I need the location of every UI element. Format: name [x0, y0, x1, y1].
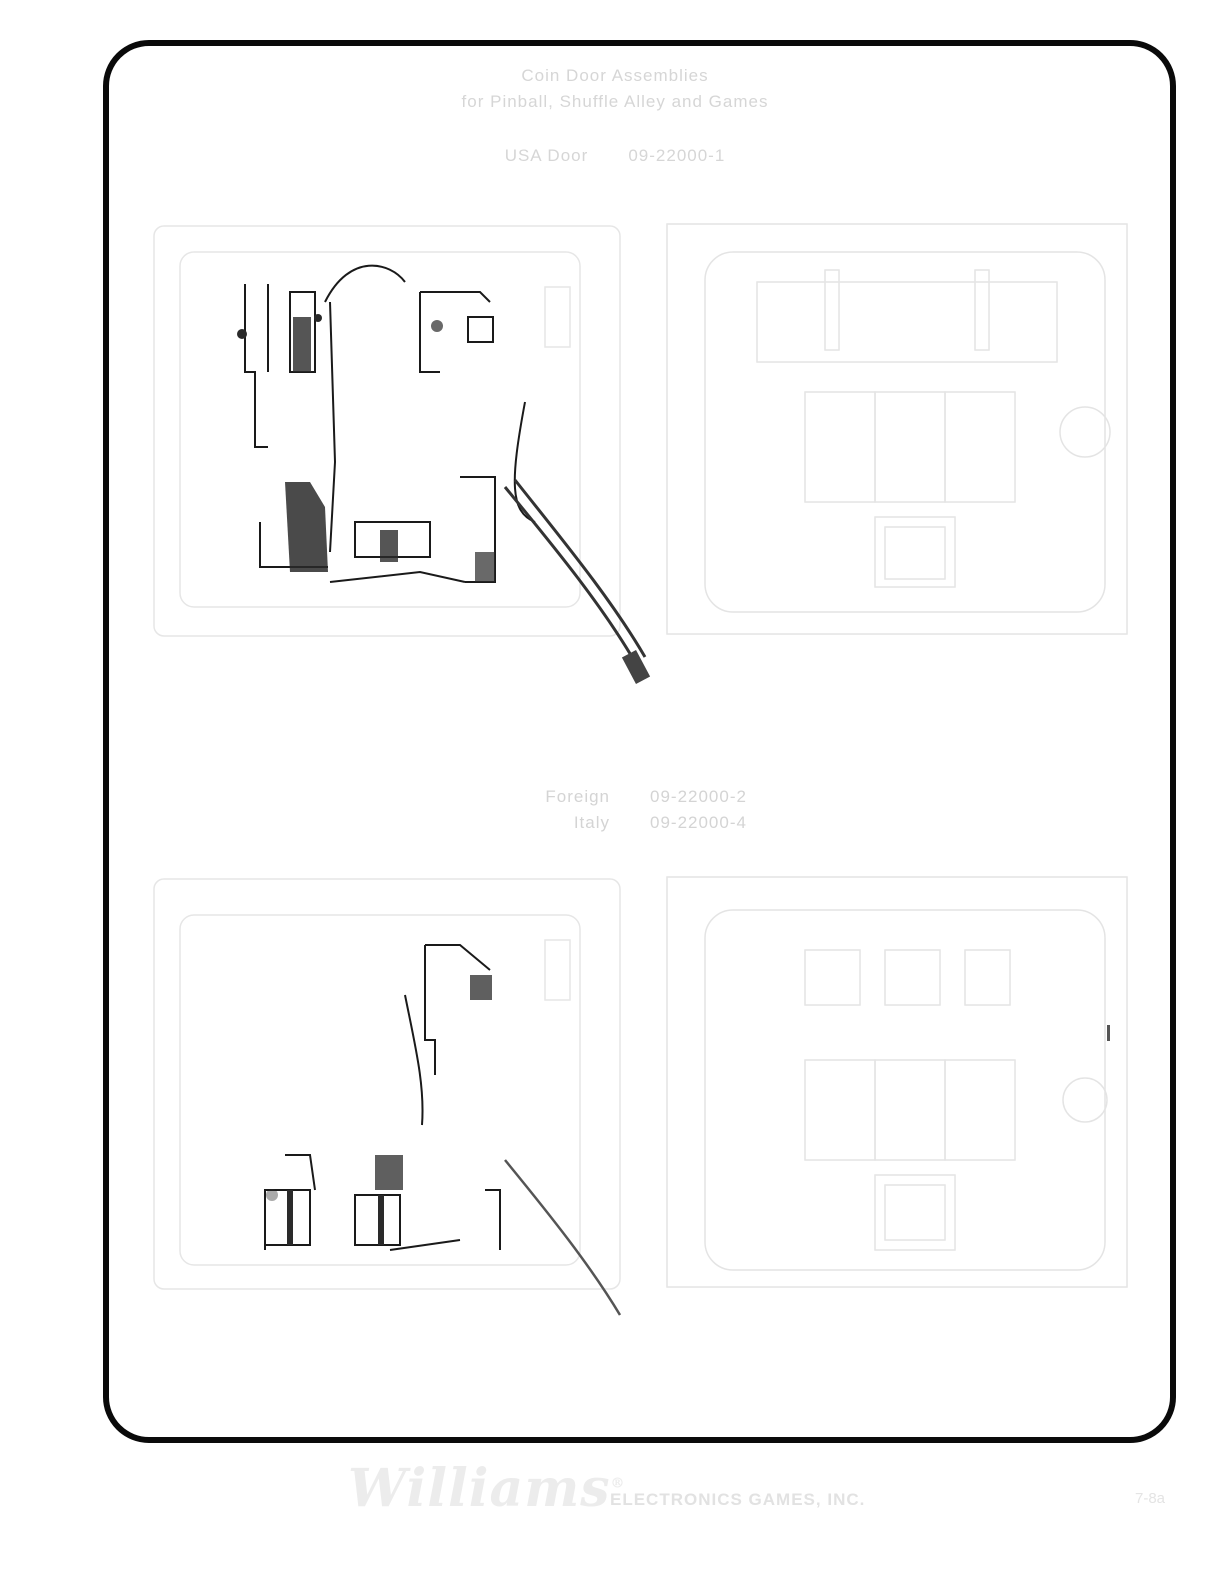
foreign-door-rear-view	[150, 875, 670, 1355]
foreign-door-heading: Foreign09-22000-2	[520, 787, 747, 807]
foreign-door-part-number: 09-22000-2	[650, 787, 747, 806]
page-number: 7-8a	[1135, 1490, 1165, 1507]
title-line-2: for Pinball, Shuffle Alley and Games	[0, 92, 1230, 112]
williams-logo: Williams®	[348, 1458, 626, 1519]
usa-door-rear-view	[150, 222, 670, 702]
foreign-door-front-view	[665, 875, 1135, 1295]
italy-door-label: Italy	[520, 813, 610, 833]
usa-door-heading: USA Door 09-22000-1	[0, 146, 1230, 166]
italy-door-heading: Italy09-22000-4	[520, 813, 747, 833]
company-name: ELECTRONICS GAMES, INC.	[610, 1490, 865, 1510]
foreign-door-label: Foreign	[520, 787, 610, 807]
usa-door-part-number: 09-22000-1	[628, 146, 725, 165]
usa-door-front-view	[665, 222, 1135, 642]
usa-door-label: USA Door	[505, 146, 589, 165]
title-line-1: Coin Door Assemblies	[0, 66, 1230, 86]
italy-door-part-number: 09-22000-4	[650, 813, 747, 832]
